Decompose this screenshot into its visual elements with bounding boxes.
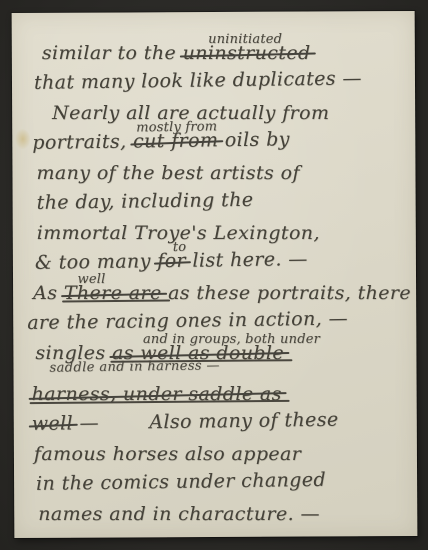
handwritten-text: names and in characture. — [38,503,320,525]
struck-through-text: forto [157,246,186,276]
text-line: in the comics under changed [28,464,411,499]
text-line: that many look like duplicates — [26,63,409,98]
text-line: the day, including the [26,183,409,218]
handwritten-text: As [33,282,57,304]
handwritten-text: famous horses also appear [34,443,301,465]
text-line: portraits, cut frommostly from oils by [26,123,409,158]
struck-through-text: There arewell [64,278,162,308]
handwritten-text: list here. — [192,248,308,272]
inserted-correction-text: to [173,241,187,254]
handwritten-text: saddle and in harness — [49,358,220,375]
handwritten-text: Also many of these [149,409,338,434]
handwritten-text: similar to the [42,42,176,64]
scan-background: similar to the uninstructeduninitiatedth… [0,0,428,550]
text-line: names and in characture. — [28,499,411,529]
inserted-correction-text: and in groups, both under [143,333,320,346]
handwritten-text: as these portraits, there [168,282,411,304]
inserted-correction-text: well [78,273,106,286]
struck-through-text: harness, under saddle as [32,379,282,409]
manuscript-paper: similar to the uninstructeduninitiatedth… [12,11,418,538]
handwritten-text: portraits, [32,131,127,154]
text-line: well — Also many of these [28,404,411,439]
handwritten-text: are the racing ones in action, — [27,308,348,334]
handwritten-text: in the comics under changed [36,469,326,495]
handwritten-text: & too many [35,250,151,274]
handwritten-text: that many look like duplicates — [34,67,362,94]
handwritten-text: — [79,412,99,434]
struck-through-text: well [32,408,74,439]
struck-through-text: cut frommostly from [133,125,219,156]
handwritten-text: many of the best artists of [36,162,299,184]
inserted-correction-text: mostly from [136,120,217,134]
manuscript-text: similar to the uninstructeduninitiatedth… [12,11,418,538]
handwritten-text: the day, including the [36,189,253,214]
inserted-correction-text: uninitiated [208,33,282,46]
handwritten-text: oils by [225,128,290,151]
